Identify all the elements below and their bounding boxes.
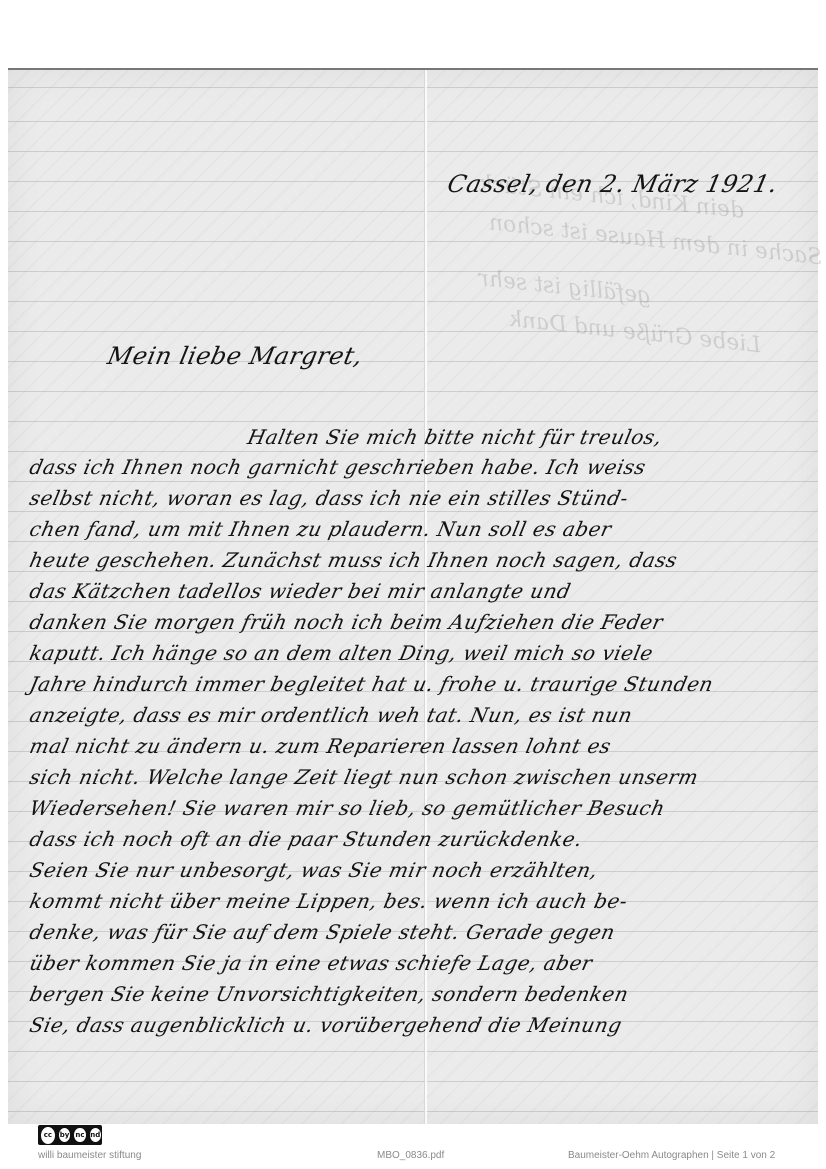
letter-date: Cassel, den 2. März 1921. bbox=[445, 170, 780, 198]
letter-line: Halten Sie mich bitte nicht für treulos, bbox=[245, 425, 664, 449]
letter-page: dein Kind, ich ein Stück die Sache in de… bbox=[8, 68, 818, 1124]
letter-line: dass ich noch oft an die paar Stunden zu… bbox=[27, 827, 584, 851]
letter-line: Sie, dass augenblicklich u. vorübergehen… bbox=[27, 1013, 624, 1037]
letter-line: dass ich Ihnen noch garnicht geschrieben… bbox=[27, 455, 648, 479]
letter-salutation: Mein liebe Margret, bbox=[105, 342, 365, 370]
letter-line: das Kätzchen tadellos wieder bei mir anl… bbox=[27, 579, 573, 603]
letter-line: kaputt. Ich hänge so an dem alten Ding, … bbox=[27, 641, 655, 665]
letter-line: danken Sie morgen früh noch ich beim Auf… bbox=[27, 610, 665, 634]
letter-line: Jahre hindurch immer begleitet hat u. fr… bbox=[27, 672, 715, 696]
noncommercial-icon: nc bbox=[73, 1127, 86, 1143]
footer-organization: willi baumeister stiftung bbox=[38, 1150, 141, 1161]
letter-line: Seien Sie nur unbesorgt, was Sie mir noc… bbox=[27, 858, 600, 882]
letter-line: mal nicht zu ändern u. zum Reparieren la… bbox=[27, 734, 613, 758]
bleed-through-text: gefällig ist sehr bbox=[477, 266, 652, 309]
attribution-icon: by bbox=[58, 1127, 71, 1143]
letter-line: denke, was für Sie auf dem Spiele steht.… bbox=[27, 920, 617, 944]
bleed-through-text: die Sache in dem Hause ist schon bbox=[488, 210, 826, 274]
creative-commons-license-icon[interactable]: cc by nc nd bbox=[38, 1125, 102, 1145]
footer-page-info: Baumeister-Oehm Autographen | Seite 1 vo… bbox=[568, 1150, 775, 1161]
letter-line: über kommen Sie ja in eine etwas schiefe… bbox=[27, 951, 594, 975]
letter-line: sich nicht. Welche lange Zeit liegt nun … bbox=[27, 765, 700, 789]
letter-line: heute geschehen. Zunächst muss ich Ihnen… bbox=[27, 548, 679, 572]
letter-line: Wiedersehen! Sie waren mir so lieb, so g… bbox=[27, 796, 667, 820]
letter-line: selbst nicht, woran es lag, dass ich nie… bbox=[27, 486, 630, 510]
letter-line: kommt nicht über meine Lippen, bes. wenn… bbox=[27, 889, 629, 913]
noderivatives-icon: nd bbox=[89, 1127, 102, 1143]
letter-line: bergen Sie keine Unvorsichtigkeiten, son… bbox=[27, 982, 630, 1006]
footer-filename: MBO_0836.pdf bbox=[377, 1150, 444, 1161]
letter-line: anzeigte, dass es mir ordentlich weh tat… bbox=[27, 703, 634, 727]
cc-icon: cc bbox=[40, 1126, 56, 1145]
letter-line: chen fand, um mit Ihnen zu plaudern. Nun… bbox=[27, 517, 613, 541]
bleed-through-text: Liebe Grüße und Dank bbox=[507, 307, 762, 358]
